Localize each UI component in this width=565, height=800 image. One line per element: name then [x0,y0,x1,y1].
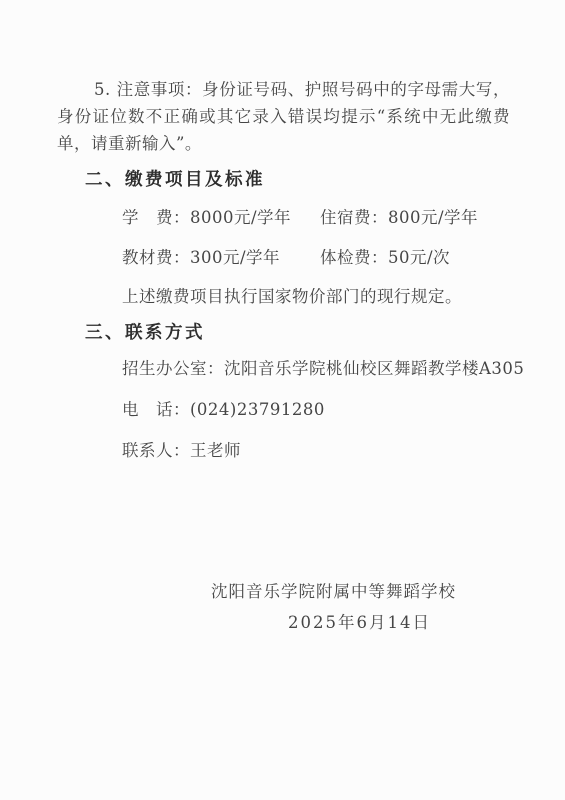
fee-value: 300元/学年 [190,248,280,267]
contact-person: 联系人：王老师 [122,441,510,461]
fee-item-tuition: 学 费：8000元/学年 [122,204,320,231]
scanned-document: { "page": { "background_color": "#fcfcfc… [0,0,565,800]
fee-value: 800元/学年 [388,208,478,227]
signature-block: 沈阳音乐学院附属中等舞蹈学校 2025年6月14日 [157,583,510,632]
section2-heading: 二、缴费项目及标准 [85,170,510,190]
fee-label: 教材费： [122,248,190,267]
section3-heading: 三、联系方式 [85,323,510,343]
fee-item-medical-exam: 体检费：50元/次 [320,244,510,271]
signature-date: 2025年6月14日 [209,614,510,632]
fee-item-textbook: 教材费：300元/学年 [122,244,320,271]
fee-label: 住宿费： [320,208,388,227]
contact-list: 招生办公室：沈阳音乐学院桃仙校区舞蹈教学楼A305 电 话：(024)23791… [122,359,510,461]
contact-admissions-office: 招生办公室：沈阳音乐学院桃仙校区舞蹈教学楼A305 [122,359,510,379]
contact-label: 招生办公室： [122,359,224,378]
signature-organization: 沈阳音乐学院附属中等舞蹈学校 [157,583,510,601]
contact-value: 沈阳音乐学院桃仙校区舞蹈教学楼A305 [224,359,524,378]
contact-label: 电 话： [122,400,190,419]
contact-phone: 电 话：(024)23791280 [122,400,510,420]
contact-value: (024)23791280 [190,400,325,419]
fee-item-accommodation: 住宿费：800元/学年 [320,204,510,231]
fee-table: 学 费：8000元/学年 住宿费：800元/学年 教材费：300元/学年 体检费… [122,204,510,271]
fee-policy-note: 上述缴费项目执行国家物价部门的现行规定。 [122,283,510,310]
fee-value: 8000元/学年 [190,208,291,227]
document-page: 5. 注意事项：身份证号码、护照号码中的字母需大写，身份证位数不正确或其它录入错… [0,0,565,800]
fee-label: 学 费： [122,208,190,227]
contact-label: 联系人： [122,441,190,460]
contact-value: 王老师 [190,441,241,460]
notice-item-5: 5. 注意事项：身份证号码、护照号码中的字母需大写，身份证位数不正确或其它录入错… [57,76,510,157]
fee-value: 50元/次 [388,248,450,267]
fee-label: 体检费： [320,248,388,267]
